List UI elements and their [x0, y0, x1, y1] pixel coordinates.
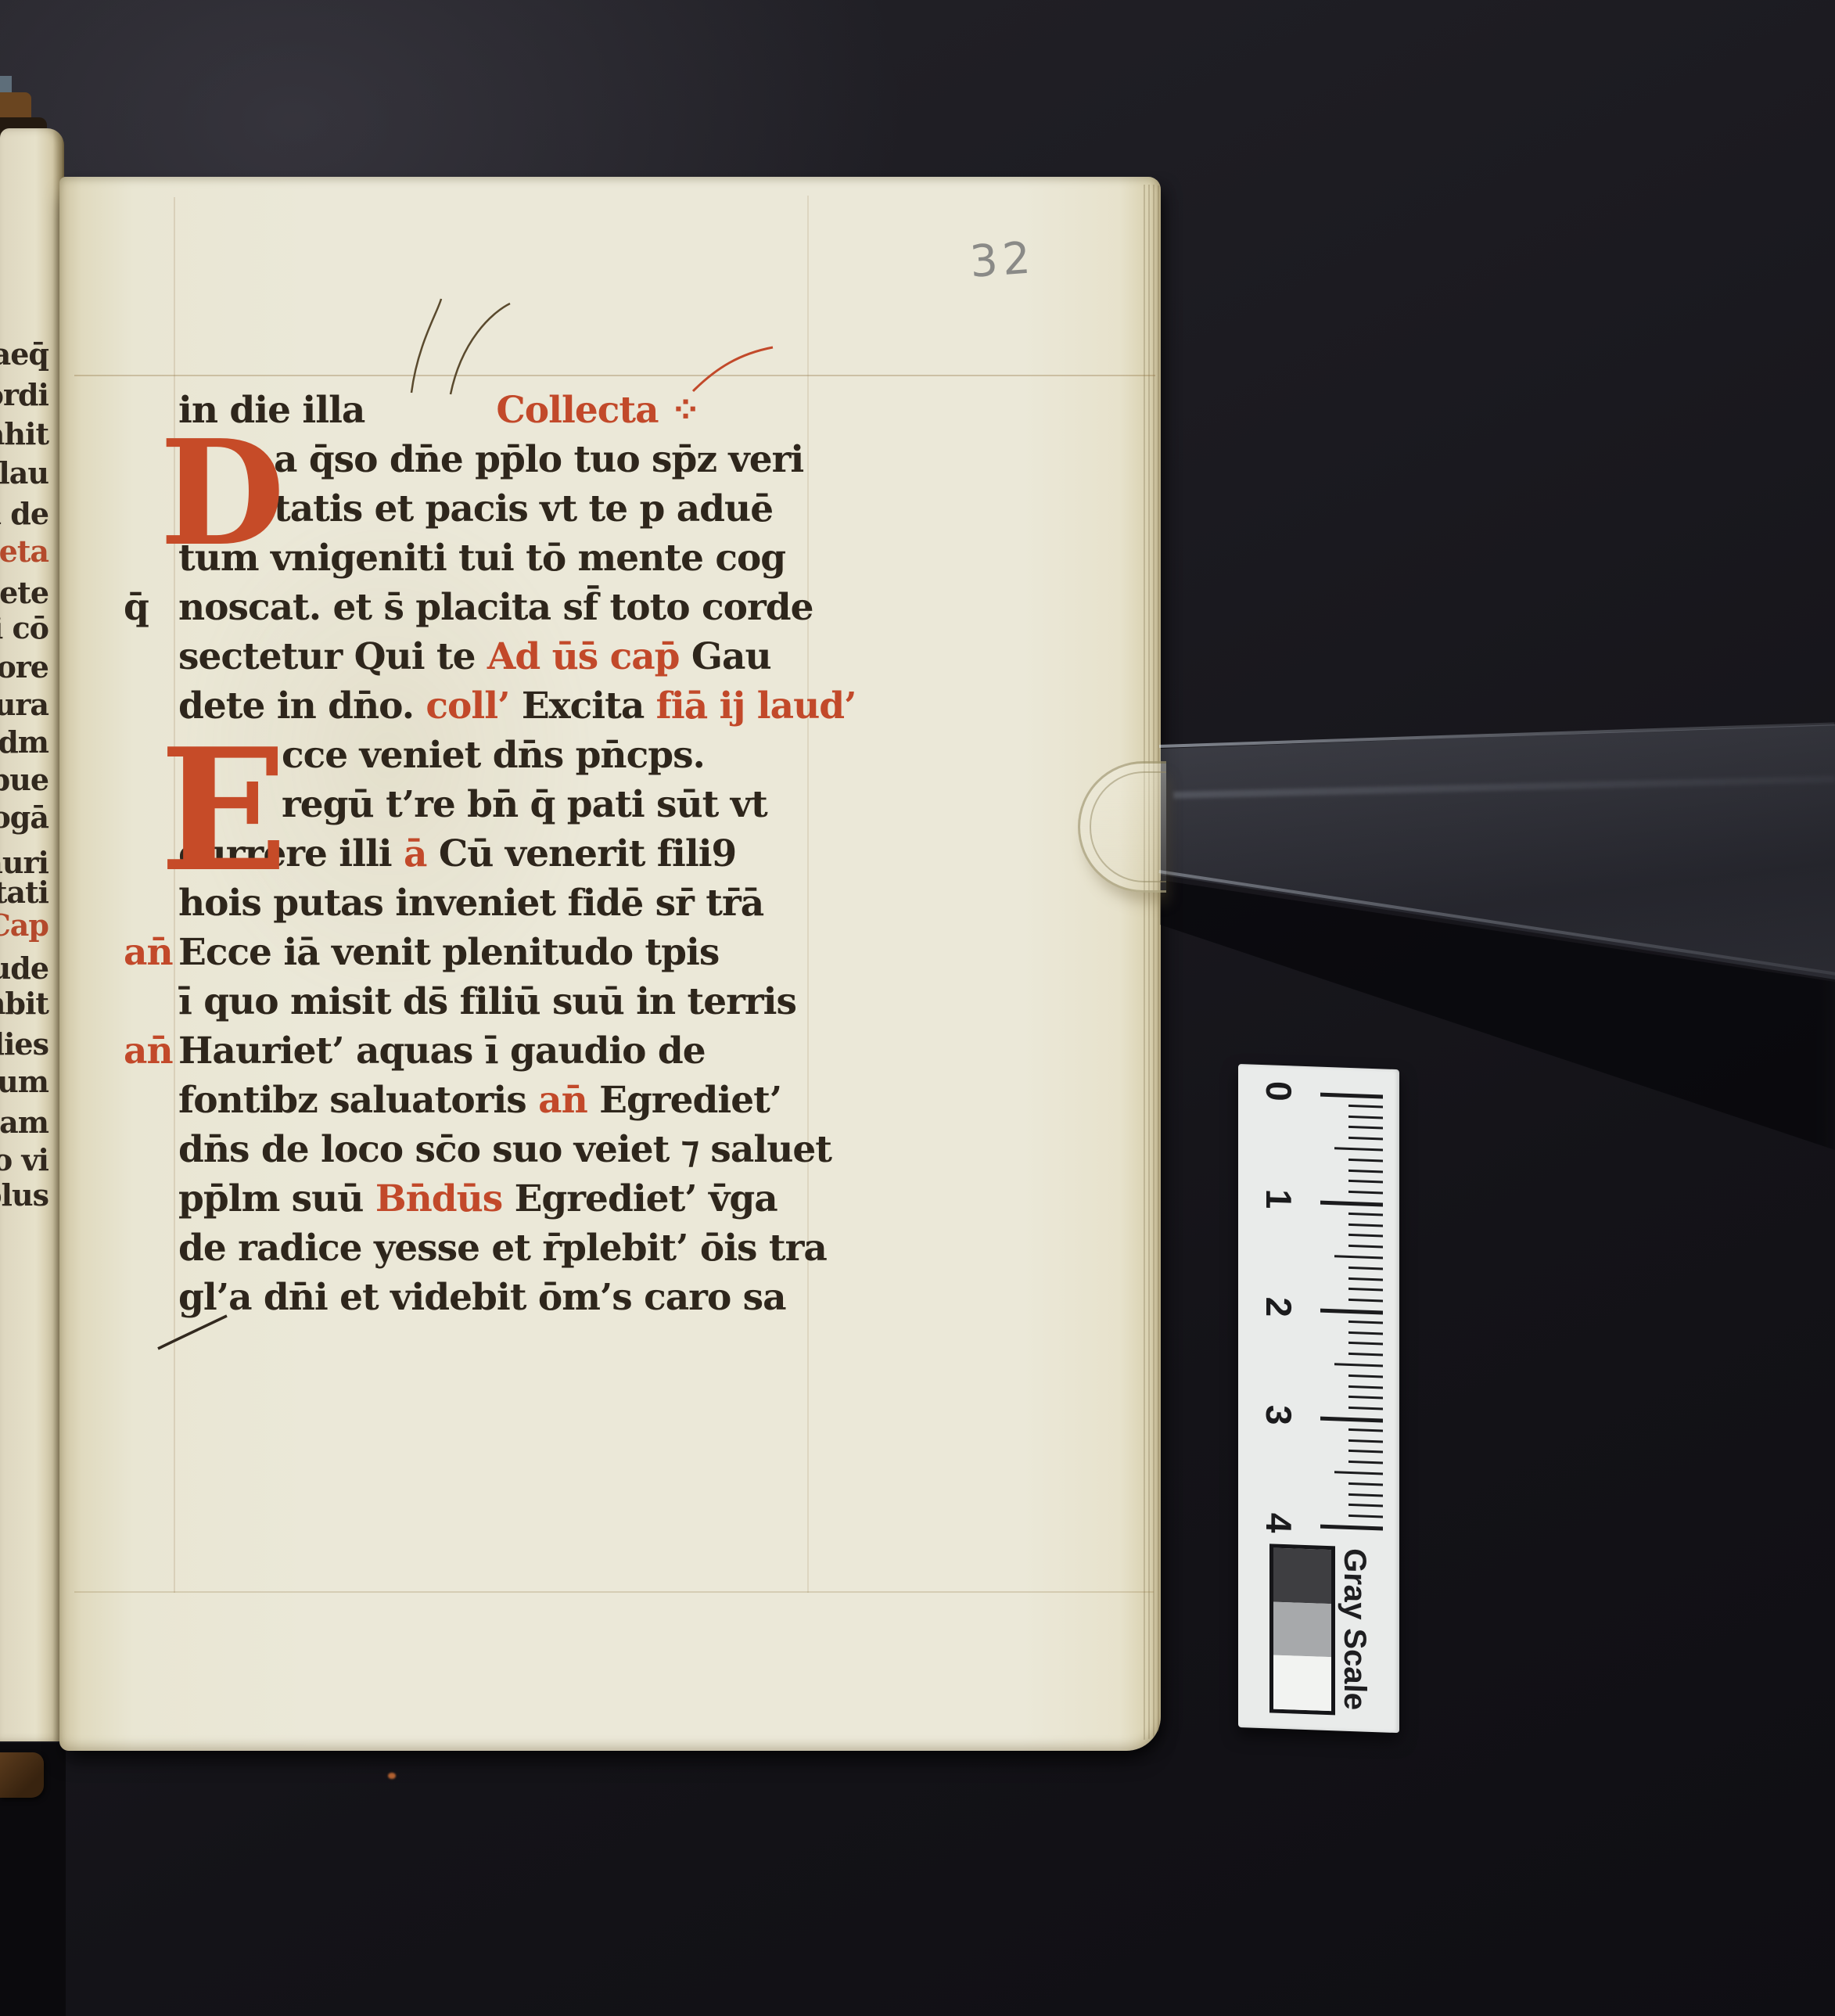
ruling-line-bottom	[74, 1591, 1154, 1593]
body-text: fontibz saluatoris	[178, 1079, 538, 1122]
facing-page-fragment: atura	[0, 687, 48, 722]
ruler-cm-tick	[1320, 1201, 1383, 1207]
body-text: Cū venerit fili9	[439, 832, 736, 875]
facing-page-fragment: uatore	[0, 649, 48, 685]
ruler-mm-tick	[1348, 1224, 1383, 1227]
facing-page-fragment: ēnete	[0, 575, 48, 610]
binding-clasp	[0, 1752, 44, 1798]
body-text: noscat. et s̄ placita sf̄ toto corde	[178, 586, 813, 629]
decorated-initial: D	[160, 421, 285, 566]
ruler-cm-tick	[1320, 1093, 1383, 1099]
ruler-cm-tick	[1320, 1525, 1383, 1531]
body-text: pp̄lm suū	[178, 1177, 375, 1220]
ruler-mm-tick	[1348, 1299, 1383, 1303]
body-text: regū t’re bn̄ q̄ pati sūt vt	[282, 783, 767, 826]
ruler-number: 1	[1262, 1179, 1300, 1220]
ruler-mm-tick	[1348, 1504, 1383, 1508]
facing-page-fragment: niaeq̄	[0, 336, 48, 372]
grayscale-ruler-card: Gray Scale 01234	[1238, 1064, 1399, 1733]
facing-page-fragment: rogam	[0, 1105, 48, 1140]
body-text: Ecce iā venit plenitudo tpis	[178, 931, 719, 974]
ruler-mm-tick	[1348, 1191, 1383, 1195]
facing-page-fragment: tati	[0, 875, 48, 910]
manuscript-line: an̄Hauriet’ aquas ī gaudio de	[178, 1030, 706, 1073]
ruling-line-top	[74, 375, 1155, 376]
ruler-mm-tick	[1348, 1278, 1383, 1281]
rubric-text: Collecta ⁘	[496, 389, 700, 432]
strap-tip-inner-ring	[1090, 771, 1166, 882]
ruler-mm-tick	[1334, 1471, 1383, 1475]
ruler-mm-tick	[1348, 1450, 1383, 1454]
rubric-flourish	[691, 343, 777, 397]
ruler-mm-tick	[1334, 1147, 1383, 1151]
manuscript-line: gl’a dn̄i et videbit ōm’s caro sa	[178, 1276, 786, 1319]
ruler-mm-tick	[1348, 1288, 1383, 1292]
facing-page-fragment: rmiahit	[0, 416, 48, 451]
facing-page-fragment: do vi	[0, 1142, 48, 1177]
facing-page-sliver: niaeq̄et ſtordirmiahita et laua eſta deC…	[0, 128, 64, 1741]
body-text: Egrediet’ v̄ga	[515, 1177, 777, 1220]
decorated-initial: E	[160, 726, 288, 894]
ruler-mm-tick	[1348, 1126, 1383, 1130]
ruler-mm-tick	[1348, 1137, 1383, 1141]
grayscale-patch	[1273, 1601, 1331, 1657]
rubric-text: an̄	[538, 1079, 599, 1122]
facing-page-fragment: a et lau	[0, 455, 48, 491]
body-text: Gau	[691, 635, 771, 678]
manuscript-line: a q̄so dn̄e pp̄lo tuo sp̄z veri	[274, 438, 803, 481]
ruler-mm-tick	[1348, 1105, 1383, 1109]
ruler-mm-tick	[1348, 1407, 1383, 1410]
pencil-folio-number: 32	[968, 232, 1037, 288]
ruler-mm-tick	[1348, 1396, 1383, 1400]
ruler-number: 3	[1262, 1395, 1300, 1436]
facing-page-fragment: ſolus	[0, 1177, 48, 1213]
manuscript-line: tatis et pacis vt te p aduē	[274, 487, 773, 530]
rubric-text: Bn̄dūs	[375, 1177, 515, 1220]
facing-page-fragment: e Cap	[0, 907, 48, 943]
ruler-mm-tick	[1348, 1116, 1383, 1119]
ruler-mm-tick	[1348, 1331, 1383, 1335]
body-text: cce veniet dn̄s pn̄cps.	[282, 734, 705, 777]
facing-page-fragment: fidei cō	[0, 610, 48, 645]
manuscript-line: regū t’re bn̄ q̄ pati sūt vt	[282, 783, 767, 826]
body-text: a q̄so dn̄e pp̄lo tuo sp̄z veri	[274, 438, 803, 481]
rubric-text: coll’	[426, 685, 521, 728]
body-text: gl’a dn̄i et videbit ōm’s caro sa	[178, 1276, 786, 1319]
ruler-mm-tick	[1334, 1255, 1383, 1259]
body-text: de radice yesse et r̄plebit’ ōis tra	[178, 1227, 827, 1270]
facing-page-fragment: bum	[0, 1064, 48, 1099]
ruler-mm-tick	[1348, 1245, 1383, 1249]
foxing-speck	[388, 1773, 396, 1779]
ruler-mm-tick	[1348, 1375, 1383, 1378]
rubric-text: Ad ūs̄ cap̄	[487, 635, 691, 678]
rubric-text: fiā ij laud’	[656, 685, 856, 728]
body-text: Egrediet’	[599, 1079, 781, 1122]
ruler-mm-tick	[1348, 1342, 1383, 1346]
ruler-mm-tick	[1348, 1385, 1383, 1389]
ruler-number: 4	[1262, 1503, 1300, 1543]
manuscript-line: ī quo misit ds̄ filiū suū in terris	[178, 980, 796, 1023]
ruler-cm-tick	[1320, 1417, 1383, 1423]
body-text: Hauriet’ aquas ī gaudio de	[178, 1030, 706, 1073]
grayscale-label: Gray Scale	[1337, 1547, 1372, 1715]
ruler-number: 0	[1262, 1071, 1300, 1112]
rubric-text: ā	[404, 832, 439, 875]
ruler-cm-tick	[1320, 1309, 1383, 1315]
ruler-mm-tick	[1348, 1267, 1383, 1270]
manuscript-line: de radice yesse et r̄plebit’ ōis tra	[178, 1227, 827, 1270]
ruler-mm-tick	[1348, 1213, 1383, 1216]
facing-page-fragment: rogā	[0, 800, 48, 835]
facing-page-fragment: mlaude	[0, 951, 48, 986]
ruling-line-right-margin	[807, 196, 809, 1593]
manuscript-photograph: niaeq̄et ſtordirmiahita et laua eſta deC…	[0, 0, 1835, 2016]
facing-page-fragment: q̄ dies	[0, 1026, 48, 1062]
grayscale-patches	[1269, 1543, 1335, 1715]
body-text: tatis et pacis vt te p aduē	[274, 487, 773, 530]
facing-page-fragment: a eſta de	[0, 496, 48, 531]
manuscript-line: an̄Ecce iā venit plenitudo tpis	[178, 931, 719, 974]
grayscale-patch	[1273, 1655, 1331, 1711]
ascender-flourish	[400, 297, 518, 397]
ruler-mm-tick	[1348, 1515, 1383, 1518]
ruler-mm-tick	[1348, 1170, 1383, 1173]
ruler-number: 2	[1262, 1287, 1300, 1328]
margin-rubric-mark: an̄	[124, 1030, 173, 1073]
body-text: dn̄s de loco sc̄o suo veiet ⁊ saluet	[178, 1128, 831, 1171]
manuscript-line: dn̄s de loco sc̄o suo veiet ⁊ saluet	[178, 1128, 831, 1171]
ruler-mm-tick	[1348, 1321, 1383, 1324]
ruler-mm-tick	[1348, 1461, 1383, 1464]
facing-page-fragment: bue	[0, 762, 48, 797]
manuscript-line: pp̄lm suū Bn̄dūs Egrediet’ v̄ga	[178, 1177, 777, 1220]
ruler-mm-tick	[1348, 1493, 1383, 1497]
ruler-mm-tick	[1348, 1159, 1383, 1163]
body-text: ī quo misit ds̄ filiū suū in terris	[178, 980, 796, 1023]
page-fore-edge	[1144, 185, 1161, 1740]
ruler-mm-tick	[1334, 1363, 1383, 1367]
facing-page-fragment: Colleta	[0, 534, 48, 569]
grayscale-patch	[1273, 1548, 1331, 1604]
facing-page-fragment: et ſtordi	[0, 377, 48, 412]
ruler-mm-tick	[1348, 1234, 1383, 1238]
manuscript-line: q̄noscat. et s̄ placita sf̄ toto corde	[178, 586, 813, 629]
ruler-mm-tick	[1348, 1353, 1383, 1357]
manuscript-line: sectetur Qui te Ad ūs̄ cap̄ Gau	[178, 635, 771, 678]
body-text: Excita	[522, 685, 656, 728]
body-text: sectetur Qui te	[178, 635, 487, 678]
facing-page-fragment: lembit	[0, 986, 48, 1021]
ruler-mm-tick	[1348, 1180, 1383, 1184]
ruler-mm-tick	[1348, 1482, 1383, 1486]
margin-rubric-mark: an̄	[124, 931, 173, 974]
margin-catchword: q̄	[124, 586, 149, 629]
ruler-mm-tick	[1348, 1439, 1383, 1443]
facing-page-fragment: ſ q̄ dm	[0, 724, 48, 760]
manuscript-line: fontibz saluatoris an̄ Egrediet’	[178, 1079, 781, 1122]
ruler-mm-tick	[1348, 1428, 1383, 1432]
manuscript-line: cce veniet dn̄s pn̄cps.	[282, 734, 705, 777]
